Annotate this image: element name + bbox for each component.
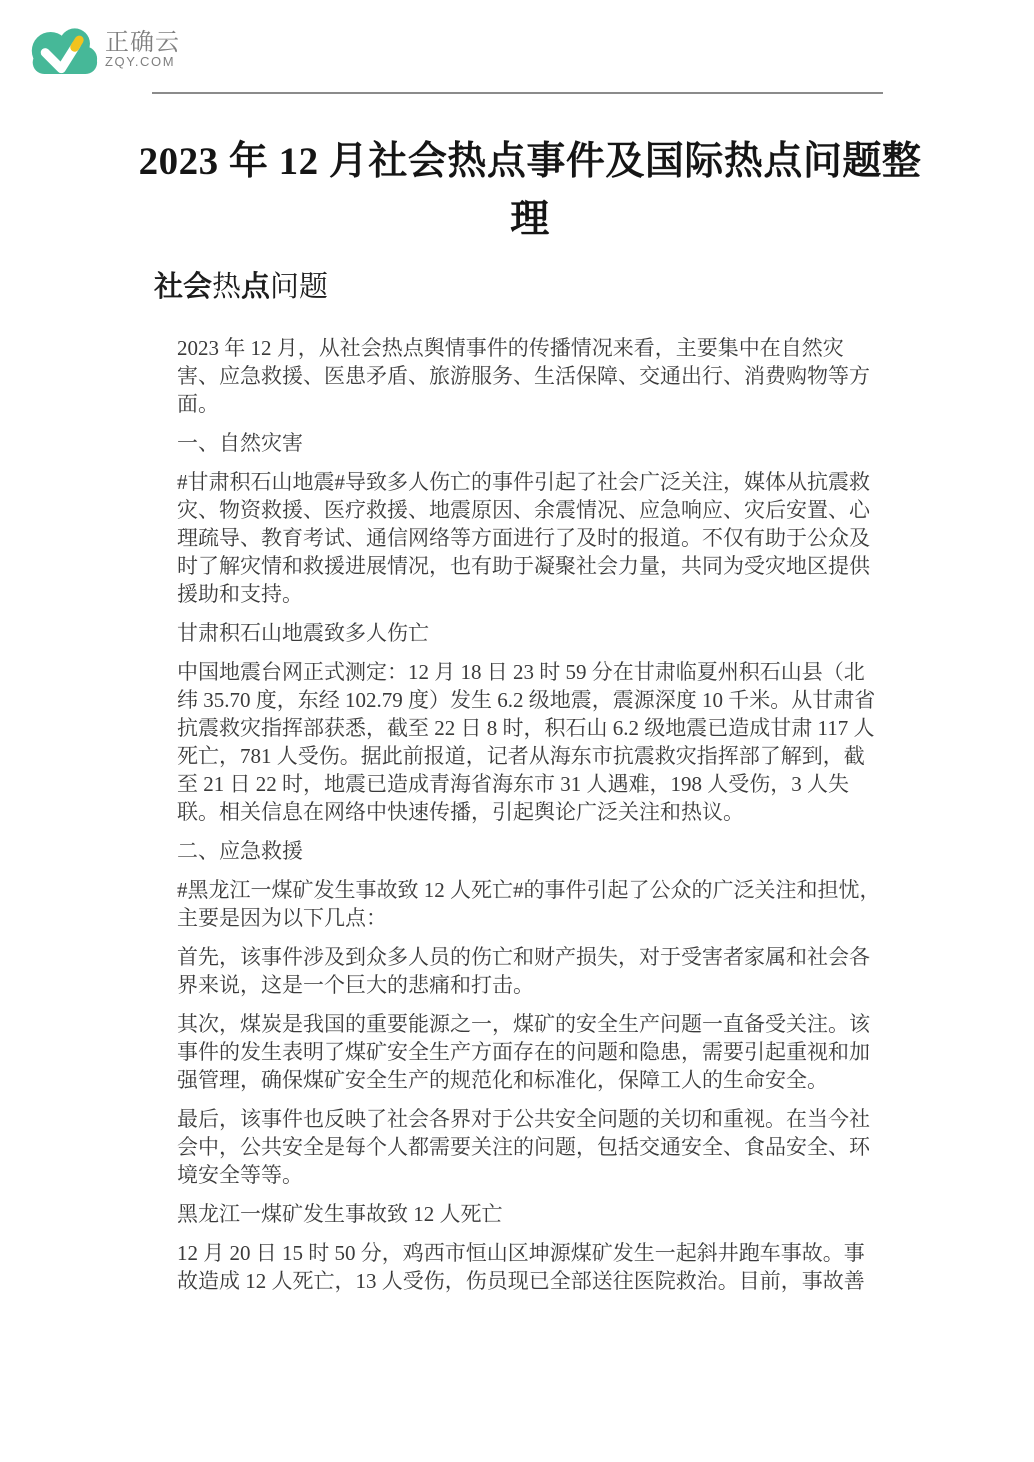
document-page: 正确云 ZQY.COM 2023 年 12 月社会热点事件及国际热点问题整 理 … — [0, 0, 1034, 1462]
document-title: 2023 年 12 月社会热点事件及国际热点问题整 理 — [133, 133, 927, 249]
zqy-logo: 正确云 ZQY.COM — [30, 22, 180, 76]
document-content: 2023 年 12 月社会热点事件及国际热点问题整 理 社会热点问题 2023 … — [177, 133, 883, 1295]
subsection-title-line: 黑龙江一煤矿发生事故致 12 人死亡 — [177, 1200, 883, 1228]
body-paragraph: 最后，该事件也反映了社会各界对于公共安全问题的关切和重视。在当今社会中，公共安全… — [177, 1105, 883, 1189]
logo-domain: ZQY.COM — [105, 55, 180, 69]
header-divider — [152, 92, 883, 94]
numbered-section-line: 二、应急救援 — [177, 837, 883, 865]
body-paragraph: #黑龙江一煤矿发生事故致 12 人死亡#的事件引起了公众的广泛关注和担忧，主要是… — [177, 876, 883, 932]
subsection-title-line: 甘肃积石山地震致多人伤亡 — [177, 619, 883, 647]
section-heading-segment: 社会 — [154, 271, 212, 303]
body-paragraph: 首先，该事件涉及到众多人员的伤亡和财产损失，对于受害者家属和社会各界来说，这是一… — [177, 943, 883, 999]
section-heading-segment: 点 — [241, 271, 270, 303]
document-title-line: 2023 年 12 月社会热点事件及国际热点问题整 — [133, 133, 927, 191]
logo-text-block: 正确云 ZQY.COM — [105, 22, 180, 69]
numbered-section-line: 一、自然灾害 — [177, 429, 883, 457]
body-paragraph: 中国地震台网正式测定：12 月 18 日 23 时 59 分在甘肃临夏州积石山县… — [177, 658, 883, 826]
logo-name: 正确云 — [105, 30, 180, 55]
body-paragraph: 12 月 20 日 15 时 50 分，鸡西市恒山区坤源煤矿发生一起斜井跑车事故… — [177, 1239, 883, 1295]
body-paragraph: 2023 年 12 月，从社会热点舆情事件的传播情况来看，主要集中在自然灾害、应… — [177, 334, 883, 418]
section-heading-segment: 问题 — [270, 271, 328, 303]
section-heading-segment: 热 — [212, 271, 241, 303]
body-paragraph: #甘肃积石山地震#导致多人伤亡的事件引起了社会广泛关注，媒体从抗震救灾、物资救援… — [177, 468, 883, 608]
cloud-check-icon — [30, 22, 98, 76]
section-heading: 社会热点问题 — [154, 270, 883, 304]
body-paragraph: 其次，煤炭是我国的重要能源之一，煤矿的安全生产问题一直备受关注。该事件的发生表明… — [177, 1010, 883, 1094]
document-title-line: 理 — [133, 191, 927, 249]
